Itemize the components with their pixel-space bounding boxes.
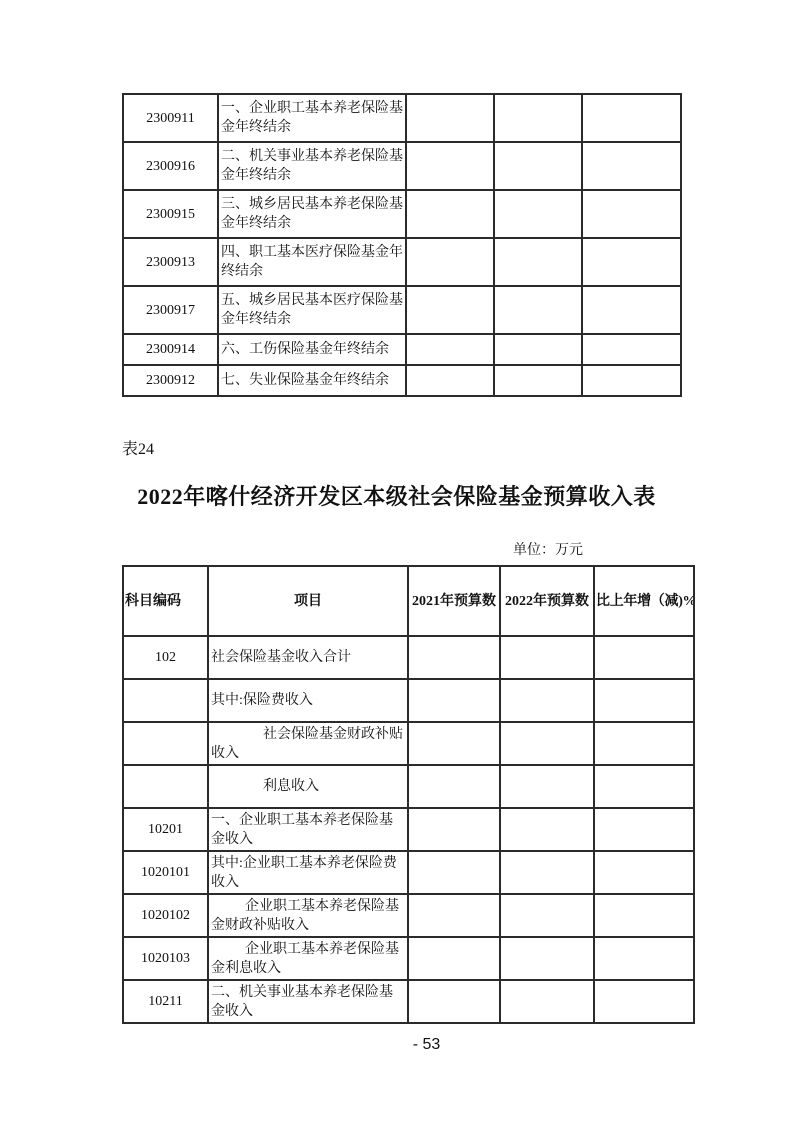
- code-cell: 2300911: [123, 94, 218, 142]
- table-row: 1020101 其中:企业职工基本养老保险费收入: [123, 851, 694, 894]
- table-number-label: 表24: [122, 436, 154, 459]
- value-cell: [406, 334, 494, 365]
- value-cell: [500, 808, 594, 851]
- value-cell: [408, 765, 500, 808]
- value-cell: [594, 894, 694, 937]
- value-cell: [594, 937, 694, 980]
- item-cell: 利息收入: [208, 765, 408, 808]
- value-cell: [408, 636, 500, 679]
- column-header: 项目: [208, 566, 408, 636]
- value-cell: [406, 190, 494, 238]
- value-cell: [408, 894, 500, 937]
- page-footer: - 53: [0, 1036, 793, 1054]
- value-cell: [494, 334, 582, 365]
- code-cell: 2300912: [123, 365, 218, 396]
- value-cell: [406, 94, 494, 142]
- item-cell: 七、失业保险基金年终结余: [218, 365, 406, 396]
- value-cell: [500, 894, 594, 937]
- table-row: 2300912 七、失业保险基金年终结余: [123, 365, 681, 396]
- item-cell: 社会保险基金收入合计: [208, 636, 408, 679]
- value-cell: [494, 286, 582, 334]
- code-cell: [123, 722, 208, 765]
- code-cell: 2300914: [123, 334, 218, 365]
- value-cell: [500, 980, 594, 1023]
- table-row: 10211 二、机关事业基本养老保险基金收入: [123, 980, 694, 1023]
- value-cell: [408, 851, 500, 894]
- table-row: 2300915 三、城乡居民基本养老保险基金年终结余: [123, 190, 681, 238]
- code-cell: [123, 679, 208, 722]
- value-cell: [582, 190, 681, 238]
- value-cell: [500, 765, 594, 808]
- table-row: 2300917 五、城乡居民基本医疗保险基金年终结余: [123, 286, 681, 334]
- item-cell: 六、工伤保险基金年终结余: [218, 334, 406, 365]
- value-cell: [494, 94, 582, 142]
- item-cell: 社会保险基金财政补贴收入: [208, 722, 408, 765]
- table-row: 2300914 六、工伤保险基金年终结余: [123, 334, 681, 365]
- item-cell: 一、企业职工基本养老保险基金收入: [208, 808, 408, 851]
- value-cell: [500, 679, 594, 722]
- table-row: 1020103 企业职工基本养老保险基金利息收入: [123, 937, 694, 980]
- value-cell: [500, 722, 594, 765]
- code-cell: 102: [123, 636, 208, 679]
- table-row: 2300913 四、职工基本医疗保险基金年终结余: [123, 238, 681, 286]
- code-cell: 1020101: [123, 851, 208, 894]
- item-cell: 企业职工基本养老保险基金利息收入: [208, 937, 408, 980]
- code-cell: [123, 765, 208, 808]
- table-row: 其中:保险费收入: [123, 679, 694, 722]
- value-cell: [594, 808, 694, 851]
- value-cell: [582, 365, 681, 396]
- page-number: - 53: [413, 1036, 441, 1053]
- code-cell: 2300917: [123, 286, 218, 334]
- item-cell: 企业职工基本养老保险基金财政补贴收入: [208, 894, 408, 937]
- value-cell: [594, 980, 694, 1023]
- value-cell: [408, 937, 500, 980]
- value-cell: [500, 851, 594, 894]
- item-cell: 四、职工基本医疗保险基金年终结余: [218, 238, 406, 286]
- value-cell: [408, 980, 500, 1023]
- value-cell: [500, 937, 594, 980]
- value-cell: [494, 142, 582, 190]
- value-cell: [500, 636, 594, 679]
- table-row: 10201 一、企业职工基本养老保险基金收入: [123, 808, 694, 851]
- column-header: 比上年增（减)%: [594, 566, 694, 636]
- value-cell: [582, 334, 681, 365]
- value-cell: [406, 142, 494, 190]
- table-row: 1020102 企业职工基本养老保险基金财政补贴收入: [123, 894, 694, 937]
- year-end-balance-table: 2300911 一、企业职工基本养老保险基金年终结余 2300916 二、机关事…: [122, 93, 682, 397]
- table-row: 102 社会保险基金收入合计: [123, 636, 694, 679]
- code-cell: 10211: [123, 980, 208, 1023]
- code-cell: 10201: [123, 808, 208, 851]
- code-cell: 2300916: [123, 142, 218, 190]
- column-header: 2021年预算数: [408, 566, 500, 636]
- item-cell: 三、城乡居民基本养老保险基金年终结余: [218, 190, 406, 238]
- header-row: 科目编码 项目 2021年预算数 2022年预算数 比上年增（减)%: [123, 566, 694, 636]
- column-header: 2022年预算数: [500, 566, 594, 636]
- value-cell: [406, 286, 494, 334]
- value-cell: [594, 636, 694, 679]
- value-cell: [582, 286, 681, 334]
- column-header: 科目编码: [123, 566, 208, 636]
- value-cell: [582, 142, 681, 190]
- value-cell: [594, 765, 694, 808]
- budget-revenue-table: 科目编码 项目 2021年预算数 2022年预算数 比上年增（减)% 102 社…: [122, 565, 695, 1024]
- code-cell: 1020102: [123, 894, 208, 937]
- value-cell: [594, 851, 694, 894]
- value-cell: [582, 94, 681, 142]
- value-cell: [408, 679, 500, 722]
- item-cell: 二、机关事业基本养老保险基金年终结余: [218, 142, 406, 190]
- item-cell: 其中:保险费收入: [208, 679, 408, 722]
- unit-label: 单位：万元: [122, 539, 583, 559]
- table-row: 2300911 一、企业职工基本养老保险基金年终结余: [123, 94, 681, 142]
- value-cell: [408, 722, 500, 765]
- table-row: 2300916 二、机关事业基本养老保险基金年终结余: [123, 142, 681, 190]
- value-cell: [582, 238, 681, 286]
- value-cell: [494, 190, 582, 238]
- value-cell: [594, 679, 694, 722]
- table-row: 利息收入: [123, 765, 694, 808]
- code-cell: 2300913: [123, 238, 218, 286]
- item-cell: 其中:企业职工基本养老保险费收入: [208, 851, 408, 894]
- value-cell: [494, 238, 582, 286]
- page-title: 2022年喀什经济开发区本级社会保险基金预算收入表: [0, 480, 793, 511]
- item-cell: 一、企业职工基本养老保险基金年终结余: [218, 94, 406, 142]
- value-cell: [408, 808, 500, 851]
- value-cell: [494, 365, 582, 396]
- item-cell: 二、机关事业基本养老保险基金收入: [208, 980, 408, 1023]
- value-cell: [406, 365, 494, 396]
- table-row: 社会保险基金财政补贴收入: [123, 722, 694, 765]
- value-cell: [406, 238, 494, 286]
- item-cell: 五、城乡居民基本医疗保险基金年终结余: [218, 286, 406, 334]
- code-cell: 2300915: [123, 190, 218, 238]
- value-cell: [594, 722, 694, 765]
- code-cell: 1020103: [123, 937, 208, 980]
